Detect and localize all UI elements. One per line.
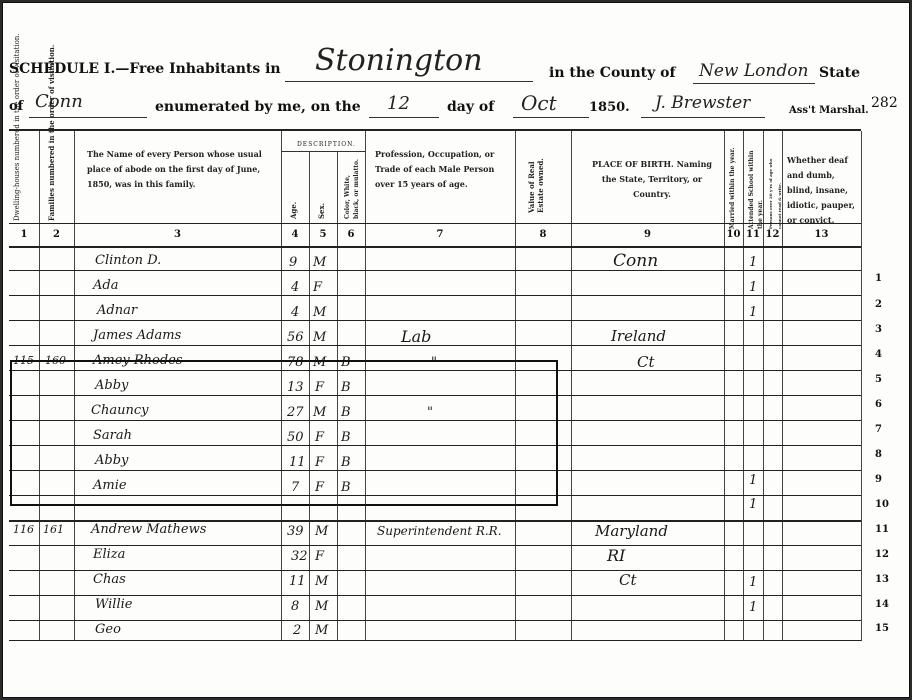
- birthplace: Ct: [619, 571, 637, 589]
- col1-header: Dwelling-houses numbered in the order of…: [13, 131, 22, 221]
- birthplace: Maryland: [595, 522, 668, 540]
- birthplace: Ireland: [611, 327, 666, 345]
- line-number: 13: [875, 574, 889, 585]
- line-number: 4: [875, 349, 882, 360]
- person-age: 9: [289, 255, 297, 270]
- row-rule: [9, 570, 861, 571]
- person-age: 2: [293, 623, 301, 638]
- line-number: 7: [875, 424, 882, 435]
- line-number: 5: [875, 374, 882, 385]
- col13-header: Whether deaf and dumb, blind, insane, id…: [787, 153, 861, 228]
- enumeration-year: 1850.: [589, 100, 630, 115]
- person-sex: M: [315, 574, 328, 589]
- attended-school: 1: [749, 255, 757, 270]
- col-number: 6: [337, 229, 365, 240]
- line-number: 3: [875, 324, 882, 335]
- col-number: 8: [515, 229, 571, 240]
- county-underline: [693, 83, 815, 84]
- header-bottom-rule: [9, 223, 861, 224]
- col12-header: Persons over 20 y'rs of age who cannot r…: [766, 149, 784, 229]
- person-name: Adnar: [97, 303, 137, 318]
- person-sex: M: [313, 305, 326, 320]
- col-number: 10: [724, 229, 743, 240]
- enumeration-day: 12: [387, 93, 410, 114]
- occupation: Lab: [401, 327, 431, 346]
- col4-header: Age.: [289, 202, 298, 219]
- row-rule: [9, 320, 861, 321]
- person-sex: M: [313, 330, 326, 345]
- col-number: 7: [365, 229, 515, 240]
- body-top-rule: [9, 246, 861, 248]
- description-group-header: DESCRIPTION.: [297, 137, 356, 152]
- line-number: 2: [875, 299, 882, 310]
- col-divider: [743, 131, 744, 641]
- person-age: 11: [289, 574, 306, 589]
- row-rule: [9, 595, 861, 596]
- line-number: 9: [875, 474, 882, 485]
- person-name: Chas: [93, 572, 126, 587]
- town-name: Stonington: [315, 43, 483, 78]
- row-rule: [9, 345, 861, 346]
- line-number: 10: [875, 499, 889, 510]
- col-number: 4: [281, 229, 309, 240]
- person-sex: M: [315, 524, 328, 539]
- col-number: 11: [743, 229, 763, 240]
- person-name: Eliza: [93, 547, 125, 562]
- person-sex: M: [315, 623, 328, 638]
- month-underline: [513, 117, 589, 118]
- line-number: 14: [875, 599, 889, 610]
- col-number: 5: [309, 229, 337, 240]
- col5-header: Sex.: [317, 203, 326, 219]
- county-label: in the County of: [549, 65, 675, 81]
- marshal-label: Ass't Marshal.: [789, 105, 869, 116]
- state-label: State: [819, 65, 860, 81]
- marshal-signature: J. Brewster: [655, 93, 750, 113]
- table-top-rule: [9, 129, 861, 131]
- person-sex: M: [315, 599, 328, 614]
- birthplace: Conn: [613, 251, 658, 271]
- col-divider: [724, 131, 725, 641]
- occupation: Superintendent R.R.: [377, 524, 502, 538]
- col2-header: Families numbered in the order of visita…: [47, 131, 56, 221]
- person-name: Ada: [93, 278, 118, 293]
- row-rule: [9, 640, 861, 641]
- person-age: 32: [291, 549, 308, 564]
- line-number: 12: [875, 549, 889, 560]
- person-name: Willie: [95, 597, 132, 612]
- signature-underline: [641, 117, 765, 118]
- enumerated-label: enumerated by me, on the: [155, 99, 361, 115]
- person-age: 4: [291, 305, 299, 320]
- town-underline: [285, 81, 533, 82]
- col-number: 9: [571, 229, 724, 240]
- enumeration-month: Oct: [521, 91, 557, 115]
- col9-header: PLACE OF BIRTH. Naming the State, Territ…: [587, 157, 717, 202]
- col7-header: Profession, Occupation, or Trade of each…: [375, 147, 511, 192]
- person-age: 8: [291, 599, 299, 614]
- person-name: Andrew Mathews: [91, 522, 206, 537]
- birthplace: RI: [607, 546, 625, 565]
- col-divider: [861, 131, 862, 641]
- state-name: Conn: [35, 91, 83, 112]
- attended-school: 1: [749, 600, 757, 615]
- col3-header: The Name of every Person whose usual pla…: [87, 147, 277, 192]
- row-rule: [9, 295, 861, 296]
- birthplace: Ct: [637, 353, 655, 371]
- line-number: 8: [875, 449, 882, 460]
- row-rule: [9, 545, 861, 546]
- col8-header: Value of Real Estate owned.: [527, 143, 545, 213]
- col10-header: Married within the year.: [728, 149, 737, 229]
- dwelling-number: 116: [13, 523, 34, 536]
- line-number: 6: [875, 399, 882, 410]
- family-number: 161: [43, 523, 64, 536]
- col-number: 3: [74, 229, 281, 240]
- person-name: Geo: [95, 622, 121, 637]
- col6-header: Color, White, black, or mulatto.: [343, 159, 361, 219]
- census-page: SCHEDULE I.—Free Inhabitants in Stoningt…: [2, 2, 910, 698]
- attended-school: 1: [749, 473, 757, 488]
- col-number: 2: [39, 229, 74, 240]
- person-name: James Adams: [93, 328, 181, 343]
- day-of-label: day of: [447, 99, 494, 115]
- attended-school: 1: [749, 497, 757, 512]
- page-number: 282: [871, 95, 898, 111]
- attended-school: 1: [749, 280, 757, 295]
- row-rule: [9, 620, 861, 621]
- col-divider: [571, 131, 572, 641]
- person-age: 4: [291, 280, 299, 295]
- attended-school: 1: [749, 575, 757, 590]
- col-number: 13: [782, 229, 861, 240]
- col-number: 12: [763, 229, 782, 240]
- person-sex: F: [313, 280, 322, 295]
- row-rule: [9, 270, 861, 271]
- person-sex: F: [315, 549, 324, 564]
- line-number: 11: [875, 524, 889, 535]
- highlight-box-rhodes-family: [10, 360, 558, 506]
- person-age: 39: [287, 524, 304, 539]
- line-number: 1: [875, 273, 882, 284]
- day-underline: [369, 117, 439, 118]
- person-name: Clinton D.: [95, 253, 161, 268]
- line-number: 15: [875, 623, 889, 634]
- person-sex: M: [313, 255, 326, 270]
- col11-header: Attended School within the year.: [747, 149, 765, 229]
- attended-school: 1: [749, 305, 757, 320]
- col-number: 1: [9, 229, 39, 240]
- person-age: 56: [287, 330, 304, 345]
- county-name: New London: [699, 61, 808, 81]
